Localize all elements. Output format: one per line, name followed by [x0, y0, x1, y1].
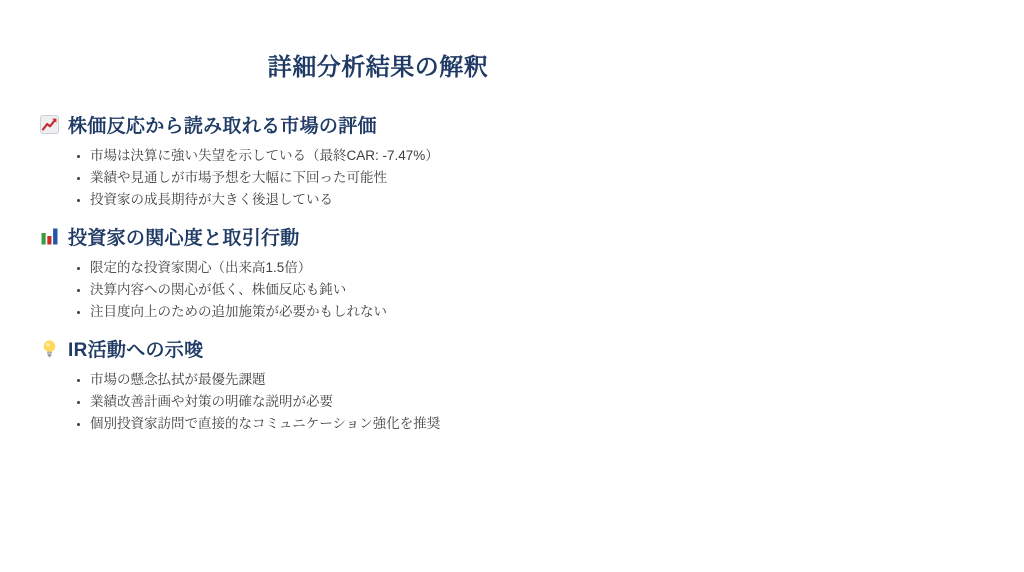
bullet-item: 限定的な投資家関心（出来高1.5倍） — [90, 257, 680, 279]
bullet-list: 市場は決算に強い失望を示している（最終CAR: -7.47%） 業績や見通しが市… — [40, 145, 680, 211]
bullet-item: 決算内容への関心が低く、株価反応も鈍い — [90, 279, 680, 301]
bullet-list: 限定的な投資家関心（出来高1.5倍） 決算内容への関心が低く、株価反応も鈍い 注… — [40, 257, 680, 323]
section-market-evaluation: 株価反応から読み取れる市場の評価 市場は決算に強い失望を示している（最終CAR:… — [40, 112, 680, 211]
section-investor-interest: 投資家の関心度と取引行動 限定的な投資家関心（出来高1.5倍） 決算内容への関心… — [40, 224, 680, 323]
bullet-item: 業績や見通しが市場予想を大幅に下回った可能性 — [90, 167, 680, 189]
bar-chart-icon — [40, 227, 59, 246]
bullet-item: 注目度向上のための追加施策が必要かもしれない — [90, 301, 680, 323]
slide-content: 株価反応から読み取れる市場の評価 市場は決算に強い失望を示している（最終CAR:… — [40, 112, 680, 448]
bullet-item: 投資家の成長期待が大きく後退している — [90, 189, 680, 211]
light-bulb-icon — [40, 339, 59, 358]
chart-increasing-icon — [40, 115, 59, 134]
slide: 詳細分析結果の解釈 株価反応から読み取れる市場の評価 市場は決算に強い失望を示し… — [0, 0, 1024, 572]
bullet-item: 業績改善計画や対策の明確な説明が必要 — [90, 391, 680, 413]
section-heading-text: 投資家の関心度と取引行動 — [68, 223, 300, 250]
section-ir-implications: IR活動への示唆 市場の懸念払拭が最優先課題 業績改善計画や対策の明確な説明が必… — [40, 336, 680, 435]
bullet-item: 市場の懸念払拭が最優先課題 — [90, 369, 680, 391]
bullet-list: 市場の懸念払拭が最優先課題 業績改善計画や対策の明確な説明が必要 個別投資家訪問… — [40, 369, 680, 435]
bullet-item: 個別投資家訪問で直接的なコミュニケーション強化を推奨 — [90, 413, 680, 435]
section-heading: 株価反応から読み取れる市場の評価 — [40, 112, 680, 136]
bullet-item: 市場は決算に強い失望を示している（最終CAR: -7.47%） — [90, 145, 680, 167]
section-heading: 投資家の関心度と取引行動 — [40, 224, 680, 248]
section-heading-text: IR活動への示唆 — [68, 335, 203, 362]
page-title: 詳細分析結果の解釈 — [0, 47, 756, 82]
section-heading-text: 株価反応から読み取れる市場の評価 — [68, 111, 377, 138]
section-heading: IR活動への示唆 — [40, 336, 680, 360]
